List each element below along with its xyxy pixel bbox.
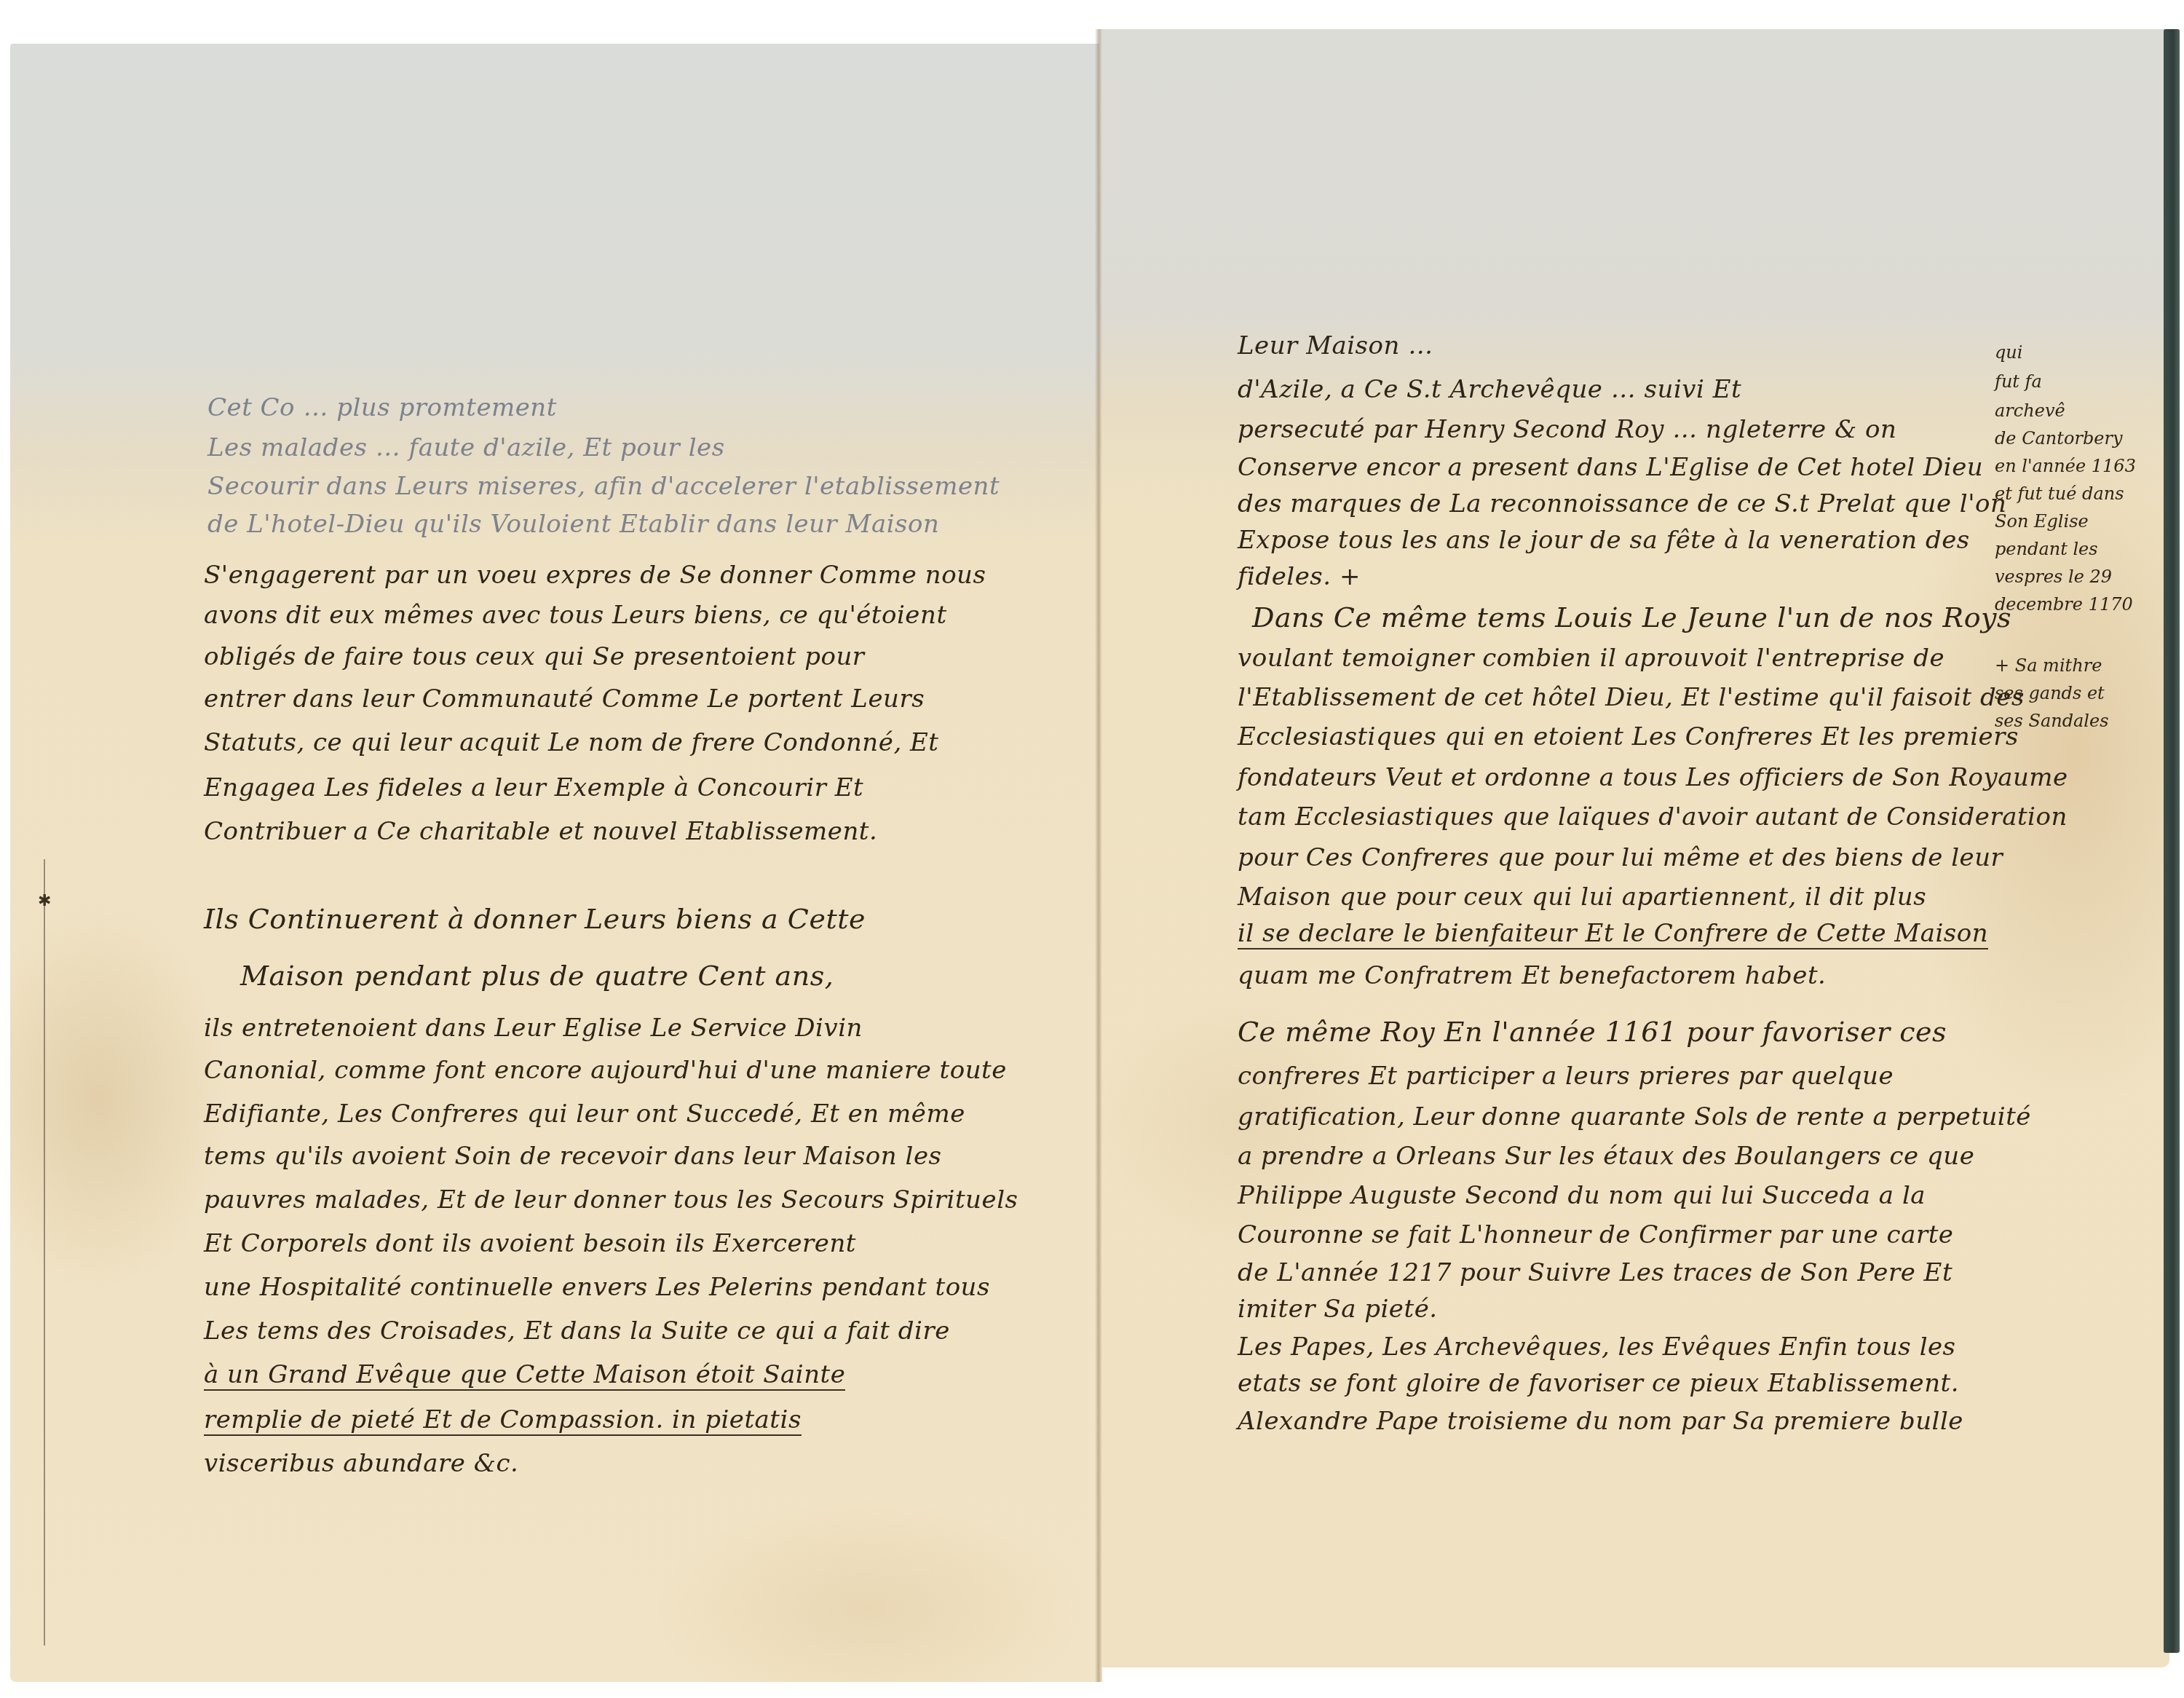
text-line: pour Ces Confreres que pour lui même et … [1238,843,2003,872]
faded-line: Cet Co … plus promtement [207,393,557,422]
text-line: Ils Continuerent à donner Leurs biens a … [204,903,866,935]
text-line: Conserve encor a present dans L'Eglise d… [1238,453,1983,482]
text-line: d'Azile, a Ce S.t Archevêque … suivi Et [1238,375,1741,404]
text-line: Maison pendant plus de quatre Cent ans, [240,960,834,992]
margin-line: de Cantorbery [1995,428,2123,449]
text-line: entrer dans leur Communauté Comme Le por… [204,684,925,714]
text-line: S'engagerent par un voeu expres de Se do… [204,561,986,590]
text-line: Ce même Roy En l'année 1161 pour favoris… [1238,1016,1947,1048]
text-line: Couronne se fait L'honneur de Confirmer … [1238,1220,1953,1249]
text-line: de L'année 1217 pour Suivre Les traces d… [1238,1258,1952,1287]
text-line: visceribus abundare &c. [204,1449,518,1478]
text-line: fideles. + [1238,562,1361,591]
text-line: Alexandre Pape troisieme du nom par Sa p… [1238,1407,1963,1436]
text-line: une Hospitalité continuelle envers Les P… [204,1273,990,1302]
text-line: pauvres malades, Et de leur donner tous … [204,1185,1018,1215]
text-line: gratification, Leur donne quarante Sols … [1238,1102,2031,1132]
text-line: obligés de faire tous ceux qui Se presen… [204,642,865,671]
text-line: Dans Ce même tems Louis Le Jeune l'un de… [1252,601,2011,633]
margin-line: archevê [1995,400,2065,421]
margin-line: ses Sandales [1995,711,2109,731]
faded-line: Les malades … faute d'azile, Et pour les [207,433,725,462]
text-line: Ecclesiastiques qui en etoient Les Confr… [1238,722,2019,751]
text-line: Engagea Les fideles a leur Exemple à Con… [204,773,863,802]
text-line: etats se font gloire de favoriser ce pie… [1238,1369,1959,1398]
left-page [10,44,1102,1682]
margin-line: fut fa [1995,371,2042,392]
margin-line: + Sa mithre [1995,655,2102,676]
margin-line: decembre 1170 [1995,594,2133,615]
text-line: Les tems des Croisades, Et dans la Suite… [204,1316,950,1346]
center-fold [1095,29,1102,1682]
text-line: Maison que pour ceux qui lui apartiennen… [1238,882,1926,912]
text-line: Philippe Auguste Second du nom qui lui S… [1238,1181,1926,1210]
text-line: Les Papes, Les Archevêques, les Evêques … [1238,1332,1956,1362]
text-line: remplie de pieté Et de Compassion. in pi… [204,1405,802,1436]
text-line: l'Etablissement de cet hôtel Dieu, Et l'… [1238,683,2025,712]
text-line: à un Grand Evêque que Cette Maison étoit… [204,1360,845,1391]
margin-line: et fut tué dans [1995,483,2124,504]
margin-line: pendant les [1995,539,2098,559]
text-line: tems qu'ils avoient Soin de recevoir dan… [204,1142,941,1171]
left-margin-rule [44,859,45,1646]
text-line: il se declare le bienfaiteur Et le Confr… [1238,919,1988,949]
text-line: persecuté par Henry Second Roy … ngleter… [1238,415,1896,444]
text-line: Expose tous les ans le jour de sa fête à… [1238,526,1970,555]
text-line: Contribuer a Ce charitable et nouvel Eta… [204,817,877,846]
margin-line: vespres le 29 [1995,566,2112,587]
faded-line: Secourir dans Leurs miseres, afin d'acce… [207,472,1000,501]
text-line: fondateurs Veut et ordonne a tous Les of… [1238,763,2068,792]
margin-asterisk-mark: ✱ [38,892,51,910]
text-line: Canonial, comme font encore aujourd'hui … [204,1056,1007,1085]
margin-line: qui [1995,342,2023,363]
text-line: quam me Confratrem Et benefactorem habet… [1238,961,1826,990]
text-line: confreres Et participer a leurs prieres … [1238,1062,1894,1091]
binding-strip [2164,29,2180,1653]
text-line: voulant temoigner combien il aprouvoit l… [1238,644,1944,673]
text-line: ils entretenoient dans Leur Eglise Le Se… [204,1014,863,1043]
text-line: Et Corporels dont ils avoient besoin ils… [204,1229,856,1258]
margin-line: ses gands et [1995,683,2105,703]
manuscript-spread: ✱ Cet Co … plus promtement Les malades …… [0,0,2184,1698]
text-line: Statuts, ce qui leur acquit Le nom de fr… [204,728,938,757]
text-line: des marques de La reconnoissance de ce S… [1238,489,2006,518]
faded-line: de L'hotel-Dieu qu'ils Vouloient Etablir… [207,510,939,539]
text-line: Leur Maison … [1238,331,1433,360]
text-line: avons dit eux mêmes avec tous Leurs bien… [204,601,947,630]
margin-line: Son Eglise [1995,511,2089,532]
text-line: imiter Sa pieté. [1238,1295,1438,1324]
text-line: Edifiante, Les Confreres qui leur ont Su… [204,1099,965,1129]
text-line: a prendre a Orleans Sur les étaux des Bo… [1238,1142,1974,1171]
text-line: tam Ecclesiastiques que laïques d'avoir … [1238,802,2068,832]
margin-line: en l'année 1163 [1995,456,2136,476]
